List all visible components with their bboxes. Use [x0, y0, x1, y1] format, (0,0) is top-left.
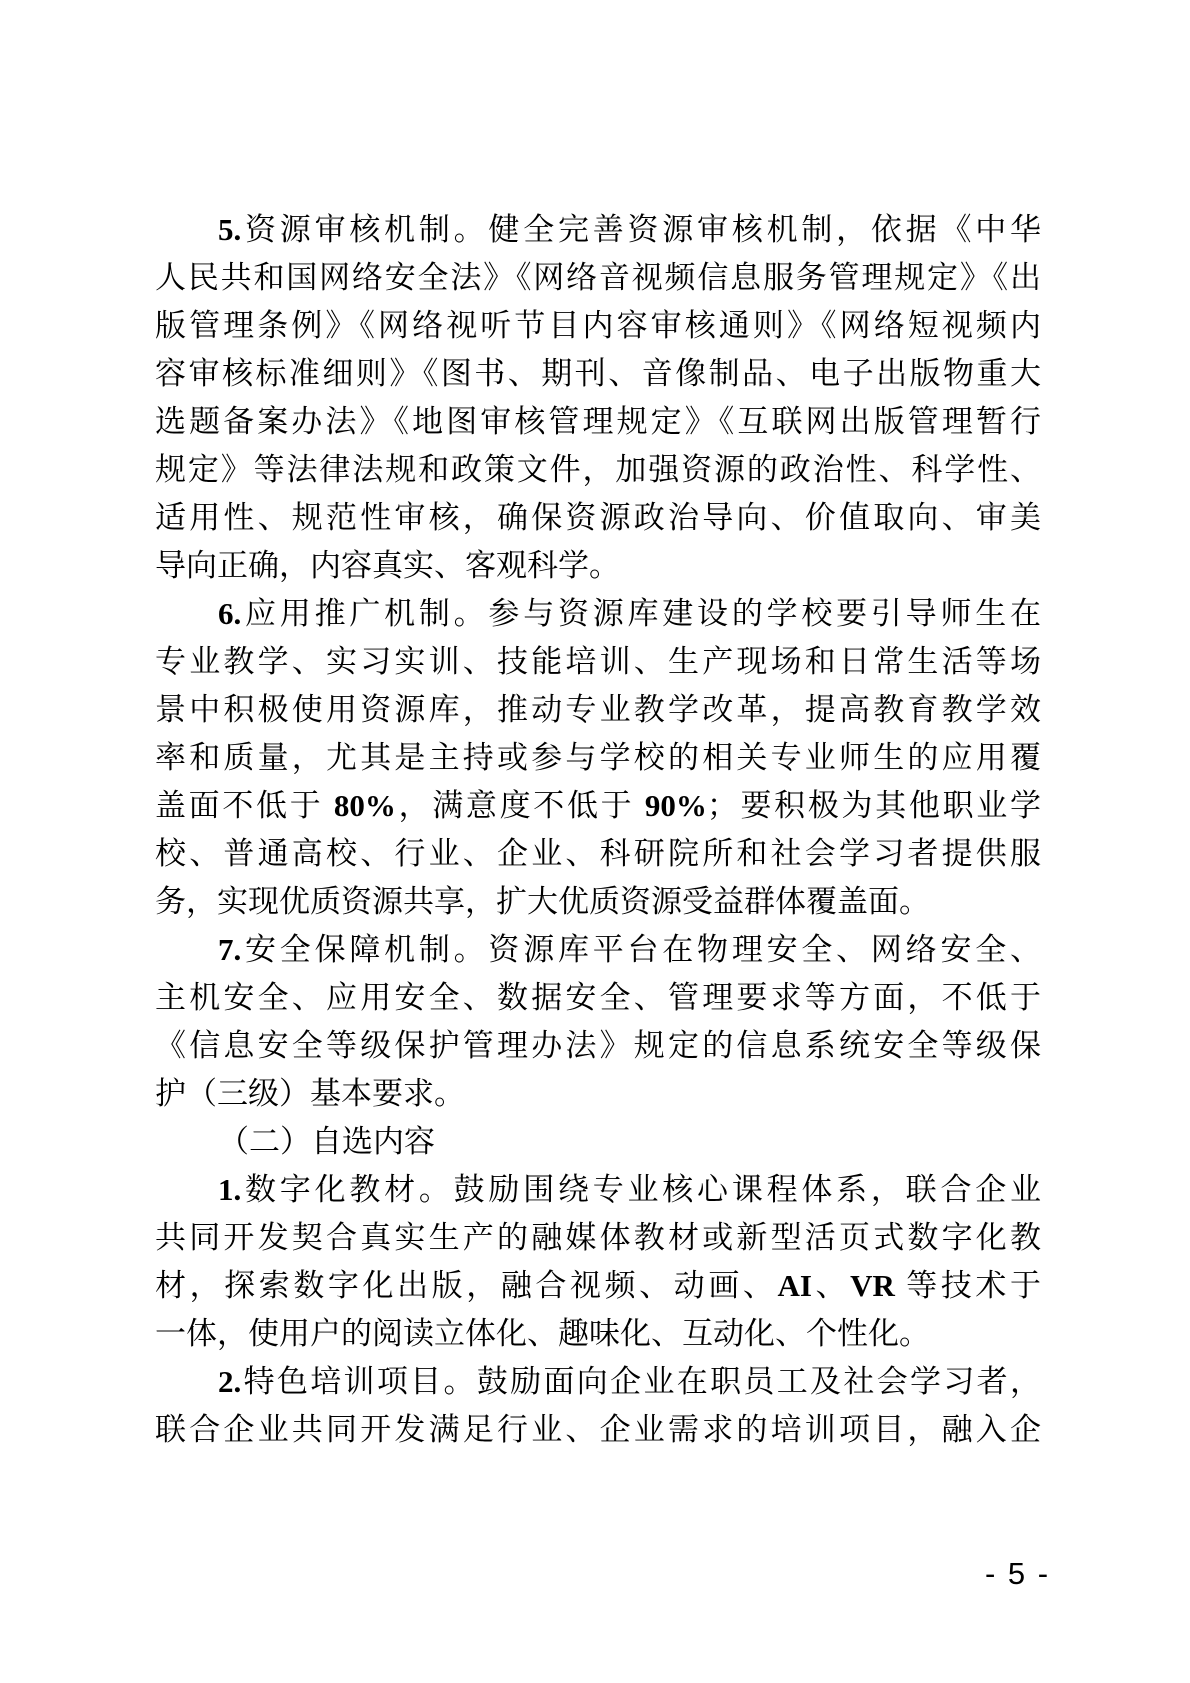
text-line: 护（三级）基本要求。 [155, 1070, 1041, 1118]
text-segment: 数字化教材。鼓励围绕专业核心课程体系，联合企业 [241, 1172, 1041, 1207]
text-line: 7.安全保障机制。资源库平台在物理安全、网络安全、 [155, 926, 1041, 974]
text-line: 联合企业共同开发满足行业、企业需求的培训项目，融入企 [155, 1406, 1041, 1454]
text-segment: 人民共和国网络安全法》《网络音视频信息服务管理规定》《出 [155, 260, 1041, 295]
bold-text-segment: 2. [218, 1364, 241, 1399]
para-7-security-guarantee-mechanism: 7.安全保障机制。资源库平台在物理安全、网络安全、主机安全、应用安全、数据安全、… [155, 926, 1041, 1118]
text-segment: 《信息安全等级保护管理办法》规定的信息系统安全等级保 [155, 1028, 1041, 1063]
text-line: 率和质量，尤其是主持或参与学校的相关专业师生的应用覆 [155, 734, 1041, 782]
bold-text-segment: 1. [218, 1172, 241, 1207]
text-line: 景中积极使用资源库，推动专业教学改革，提高教育教学效 [155, 686, 1041, 734]
para-6-application-promotion-mechanism: 6.应用推广机制。参与资源库建设的学校要引导师生在专业教学、实习实训、技能培训、… [155, 590, 1041, 926]
text-segment: 率和质量，尤其是主持或参与学校的相关专业师生的应用覆 [155, 740, 1041, 775]
para-2-special-training-programs: 2.特色培训项目。鼓励面向企业在职员工及社会学习者，联合企业共同开发满足行业、企… [155, 1358, 1041, 1454]
text-line: 5.资源审核机制。健全完善资源审核机制，依据《中华 [155, 206, 1041, 254]
text-line: 6.应用推广机制。参与资源库建设的学校要引导师生在 [155, 590, 1041, 638]
text-line: 适用性、规范性审核，确保资源政治导向、价值取向、审美 [155, 494, 1041, 542]
text-line: 一体，使用户的阅读立体化、趣味化、互动化、个性化。 [155, 1310, 1041, 1358]
text-line: 务，实现优质资源共享，扩大优质资源受益群体覆盖面。 [155, 878, 1041, 926]
text-line: 主机安全、应用安全、数据安全、管理要求等方面，不低于 [155, 974, 1041, 1022]
text-line: 盖面不低于 80%，满意度不低于 90%；要积极为其他职业学 [155, 782, 1041, 830]
document-page: 5.资源审核机制。健全完善资源审核机制，依据《中华人民共和国网络安全法》《网络音… [0, 0, 1190, 1683]
text-segment: 主机安全、应用安全、数据安全、管理要求等方面，不低于 [155, 980, 1041, 1015]
text-segment: 盖面不低于 [155, 788, 334, 823]
document-body: 5.资源审核机制。健全完善资源审核机制，依据《中华人民共和国网络安全法》《网络音… [155, 206, 1041, 1454]
text-segment: 导向正确，内容真实、客观科学。 [155, 548, 620, 583]
text-line: 专业教学、实习实训、技能培训、生产现场和日常生活等场 [155, 638, 1041, 686]
page-number: - 5 - [985, 1556, 1050, 1592]
text-line: 校、普通高校、行业、企业、科研院所和社会学习者提供服 [155, 830, 1041, 878]
bold-text-segment: 5. [218, 212, 241, 247]
para-1-digital-textbooks: 1.数字化教材。鼓励围绕专业核心课程体系，联合企业共同开发契合真实生产的融媒体教… [155, 1166, 1041, 1358]
text-segment: 特色培训项目。鼓励面向企业在职员工及社会学习者， [241, 1364, 1041, 1399]
text-segment: 资源审核机制。健全完善资源审核机制，依据《中华 [241, 212, 1041, 247]
para-5-resource-review-mechanism: 5.资源审核机制。健全完善资源审核机制，依据《中华人民共和国网络安全法》《网络音… [155, 206, 1041, 590]
bold-text-segment: 90% [645, 788, 707, 823]
text-segment: ，满意度不低于 [396, 788, 645, 823]
text-line: 人民共和国网络安全法》《网络音视频信息服务管理规定》《出 [155, 254, 1041, 302]
text-line: 规定》等法律法规和政策文件，加强资源的政治性、科学性、 [155, 446, 1041, 494]
bold-text-segment: 80% [334, 788, 396, 823]
text-segment: 联合企业共同开发满足行业、企业需求的培训项目，融入企 [155, 1412, 1041, 1447]
text-line: 材，探索数字化出版，融合视频、动画、AI、VR 等技术于 [155, 1262, 1041, 1310]
text-line: 选题备案办法》《地图审核管理规定》《互联网出版管理暂行 [155, 398, 1041, 446]
heading-section-2-optional-content: （二）自选内容 [155, 1118, 1041, 1166]
text-segment: ；要积极为其他职业学 [707, 788, 1041, 823]
text-segment: 景中积极使用资源库，推动专业教学改革，提高教育教学效 [155, 692, 1041, 727]
text-segment: 一体，使用户的阅读立体化、趣味化、互动化、个性化。 [155, 1316, 930, 1351]
text-segment: 选题备案办法》《地图审核管理规定》《互联网出版管理暂行 [155, 404, 1041, 439]
text-segment: 容审核标准细则》《图书、期刊、音像制品、电子出版物重大 [155, 356, 1041, 391]
bold-text-segment: AI [778, 1268, 812, 1303]
text-line: 导向正确，内容真实、客观科学。 [155, 542, 1041, 590]
text-segment: 适用性、规范性审核，确保资源政治导向、价值取向、审美 [155, 500, 1041, 535]
text-segment: 校、普通高校、行业、企业、科研院所和社会学习者提供服 [155, 836, 1041, 871]
text-segment: 版管理条例》《网络视听节目内容审核通则》《网络短视频内 [155, 308, 1041, 343]
bold-text-segment: VR [850, 1268, 895, 1303]
text-line: 《信息安全等级保护管理办法》规定的信息系统安全等级保 [155, 1022, 1041, 1070]
text-segment: 护（三级）基本要求。 [155, 1076, 465, 1111]
text-segment: 应用推广机制。参与资源库建设的学校要引导师生在 [241, 596, 1041, 631]
text-segment: 务，实现优质资源共享，扩大优质资源受益群体覆盖面。 [155, 884, 930, 919]
text-line: 版管理条例》《网络视听节目内容审核通则》《网络短视频内 [155, 302, 1041, 350]
text-line: 2.特色培训项目。鼓励面向企业在职员工及社会学习者， [155, 1358, 1041, 1406]
text-line: 容审核标准细则》《图书、期刊、音像制品、电子出版物重大 [155, 350, 1041, 398]
bold-text-segment: 7. [218, 932, 241, 967]
text-line: （二）自选内容 [155, 1118, 1041, 1166]
text-line: 共同开发契合真实生产的融媒体教材或新型活页式数字化教 [155, 1214, 1041, 1262]
text-segment: 专业教学、实习实训、技能培训、生产现场和日常生活等场 [155, 644, 1041, 679]
text-segment: 安全保障机制。资源库平台在物理安全、网络安全、 [241, 932, 1041, 967]
text-line: 1.数字化教材。鼓励围绕专业核心课程体系，联合企业 [155, 1166, 1041, 1214]
text-segment: 、 [812, 1268, 850, 1303]
text-segment: 共同开发契合真实生产的融媒体教材或新型活页式数字化教 [155, 1220, 1041, 1255]
text-segment: 规定》等法律法规和政策文件，加强资源的政治性、科学性、 [155, 452, 1041, 487]
text-segment: 等技术于 [895, 1268, 1041, 1303]
text-segment: 材，探索数字化出版，融合视频、动画、 [155, 1268, 778, 1303]
bold-text-segment: 6. [218, 596, 241, 631]
text-segment: （二）自选内容 [218, 1124, 435, 1159]
